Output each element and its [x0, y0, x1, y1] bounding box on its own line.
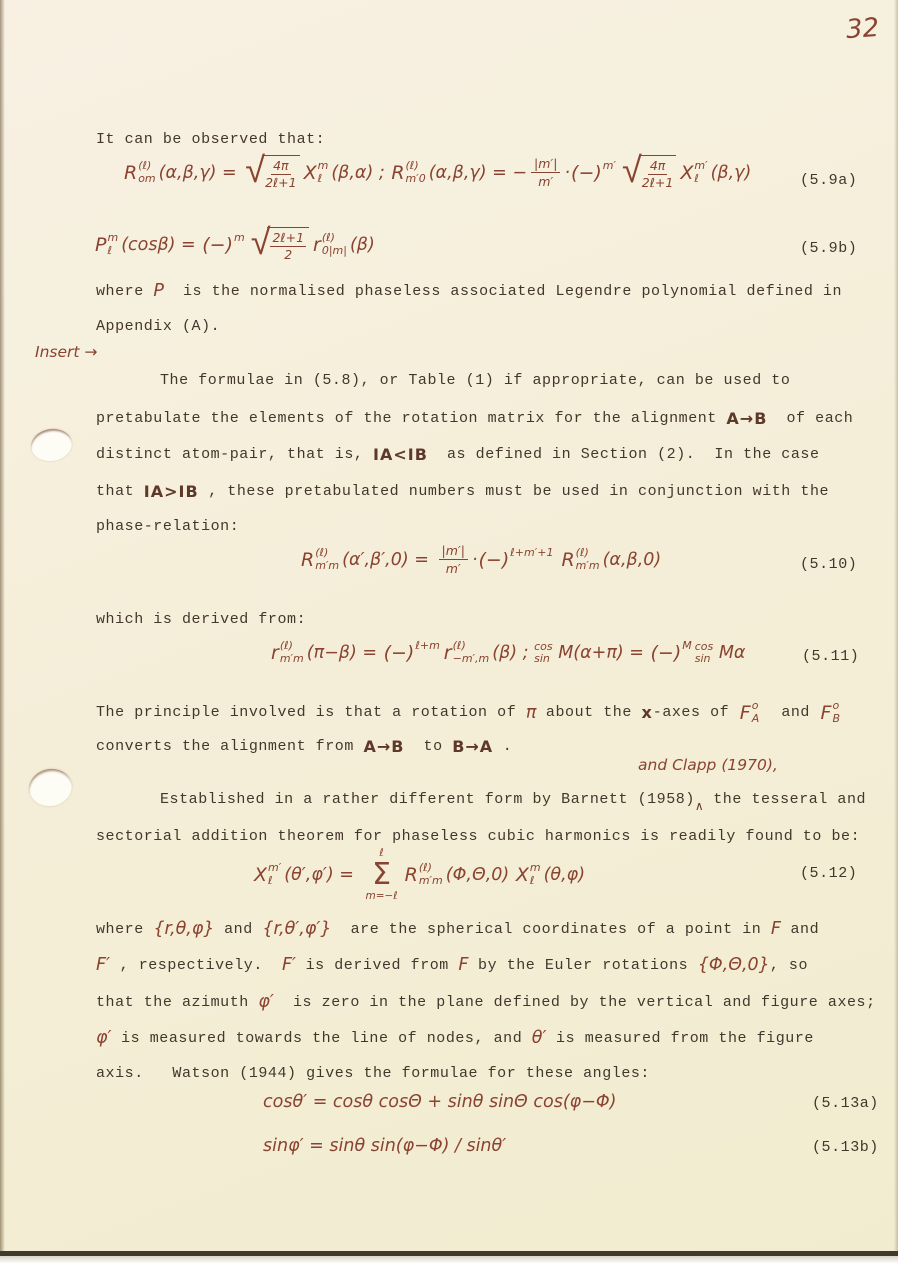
equation-5-9a: R(ℓ)om(α,β,γ) = √4π2ℓ+1Xmℓ(β,α) ; R(ℓ)m′…	[123, 155, 751, 190]
handwritten-text: (α,β,0)	[603, 550, 662, 570]
scripts: (ℓ)om	[138, 160, 155, 185]
symbol-base: r	[444, 642, 452, 664]
symbol-base: X	[304, 162, 317, 184]
symbol-with-scripts: R(ℓ)m′m	[405, 862, 445, 887]
typed-text: that the azimuth	[96, 994, 258, 1011]
denominator: 2ℓ+1	[642, 175, 674, 190]
symbol-with-scripts: Xm′ℓ	[254, 862, 283, 887]
symbol-base: X	[680, 162, 693, 184]
symbol-base: r	[313, 234, 321, 256]
text-line: distinct atom-pair, that is, IA<IB as de…	[96, 445, 820, 464]
handwritten-text: φ′	[96, 1028, 112, 1048]
scanner-background	[0, 1256, 898, 1269]
equation-label-5-9a: (5.9a)	[800, 172, 857, 189]
scripts: (ℓ)m′m	[280, 640, 304, 665]
symbol-with-scripts: r(ℓ)−m′,m	[444, 640, 491, 665]
symbol-with-scripts: (−)m′	[571, 160, 618, 185]
superscript: (ℓ)	[453, 640, 466, 653]
symbol-base: X	[516, 864, 529, 886]
insert-annotation: Insert →	[35, 343, 97, 361]
subscript: ℓ	[107, 245, 112, 258]
scripts: m′ℓ	[268, 862, 281, 887]
handwritten-text: M(α+π) =	[553, 643, 650, 663]
clapp-annotation: and Clapp (1970),	[638, 756, 778, 774]
text-line: phase-relation:	[96, 518, 239, 535]
typed-text: The principle involved is that a rotatio…	[96, 704, 526, 721]
subscript: ℓ	[530, 875, 535, 888]
scripts: mℓ	[530, 862, 541, 887]
symbol-with-scripts: Xm′ℓ	[680, 160, 709, 185]
superscript: (ℓ)	[576, 547, 589, 560]
symbol-base: P	[95, 234, 106, 256]
typed-text: axis. Watson (1944) gives the formulae f…	[96, 1065, 650, 1082]
subscript	[415, 653, 419, 666]
scripts: (ℓ)0|m|	[322, 232, 347, 257]
subscript: 0|m|	[322, 245, 347, 258]
typed-text: the tesseral and	[704, 791, 866, 808]
typed-text: It can be observed that:	[96, 131, 325, 148]
typed-text: are the spherical coordinates of a point…	[332, 921, 771, 938]
typed-text: pretabulate the elements of the rotation…	[96, 410, 726, 427]
superscript: M	[682, 640, 692, 653]
punch-hole-bottom	[26, 765, 76, 810]
text-line: Established in a rather different form b…	[160, 791, 866, 808]
superscript: (ℓ)	[315, 547, 328, 560]
denominator: 2	[284, 247, 292, 262]
radicand: 2ℓ+12	[267, 227, 309, 262]
superscript: (ℓ)	[280, 640, 293, 653]
typed-text: and	[215, 921, 263, 938]
superscript: (ℓ)	[419, 862, 432, 875]
handwritten-symbol: A→B	[726, 409, 767, 428]
symbol-base: R	[124, 162, 137, 184]
handwritten-text: (Φ,Θ,0)	[446, 865, 515, 885]
handwritten-text: and Clapp (1970),	[638, 756, 778, 774]
superscript: m′	[694, 160, 707, 173]
typed-text: phase-relation:	[96, 518, 239, 535]
sin-option: sin	[534, 653, 553, 665]
handwritten-text: φ′	[258, 992, 274, 1012]
handwritten-text: P	[153, 281, 164, 301]
scripts: ℓ+m′+1	[510, 547, 553, 572]
summation: ℓΣm=−ℓ	[365, 848, 397, 901]
subscript	[234, 245, 238, 258]
handwritten-text: {r,θ,φ}	[153, 919, 214, 939]
equation-5-9b: Pmℓ(cosβ) = (−)m √2ℓ+12r(ℓ)0|m|(β)	[94, 227, 375, 262]
symbol-with-scripts: FoA	[740, 700, 761, 725]
scripts: m′ℓ	[694, 160, 707, 185]
page-right-edge	[894, 0, 898, 1257]
typed-text: .	[493, 738, 512, 755]
symbol-base: F	[821, 702, 832, 724]
equation-label-5-12: (5.12)	[800, 865, 857, 882]
handwritten-symbol: IA<IB	[373, 445, 428, 464]
subscript: −m′,m	[453, 653, 490, 666]
symbol-base: (−)	[650, 642, 681, 664]
subscript: m′m	[315, 560, 339, 573]
denominator: m′	[446, 560, 461, 576]
typed-text: is measured towards the line of nodes, a…	[112, 1030, 532, 1047]
scripts: (ℓ)m′m	[315, 547, 339, 572]
typed-text: is the normalised phaseless associated L…	[164, 283, 842, 300]
numerator: 4π	[648, 158, 667, 175]
equation-5-13b: sinφ′ = sinθ sin(φ−Φ) / sinθ′	[263, 1136, 506, 1156]
typed-text: distinct atom-pair, that is,	[96, 446, 373, 463]
handwritten-text: sinφ′ = sinθ sin(φ−Φ) / sinθ′	[263, 1136, 506, 1156]
handwritten-text: (α,β,γ) = −	[429, 163, 527, 183]
handwritten-text: (α′,β′,0) =	[342, 550, 434, 570]
typed-text: Established in a rather different form b…	[160, 791, 695, 808]
typed-text: is measured from the figure	[546, 1030, 813, 1047]
superscript: m	[234, 232, 245, 245]
equation-5-13a: cosθ′ = cosθ cosΘ + sinθ sinΘ cos(φ−Φ)	[263, 1092, 616, 1112]
scripts: oA	[752, 700, 760, 725]
numerator: |m′|	[531, 156, 560, 173]
fraction: |m′|m′	[439, 543, 468, 576]
subscript: om	[138, 173, 155, 186]
subscript: B	[832, 713, 840, 726]
radicand: 4π2ℓ+1	[639, 155, 677, 190]
symbol-base: (−)	[202, 234, 233, 256]
page-number: 32	[845, 13, 880, 45]
symbol-base: R	[301, 549, 314, 571]
superscript: m	[530, 862, 541, 875]
subscript: m′m	[280, 653, 304, 666]
handwritten-text: θ′	[532, 1028, 547, 1048]
handwritten-text: (θ′,φ′) =	[284, 865, 359, 885]
symbol-with-scripts: (−)M	[650, 640, 693, 665]
subscript	[682, 653, 686, 666]
equation-5-12: Xm′ℓ(θ′,φ′) = ℓΣm=−ℓR(ℓ)m′m(Φ,Θ,0) Xmℓ(θ…	[253, 848, 585, 901]
typed-text: which is derived from:	[96, 611, 306, 628]
text-line: φ′ is measured towards the line of nodes…	[96, 1028, 814, 1048]
scanned-document-page: 32 It can be observed that:R(ℓ)om(α,β,γ)…	[0, 0, 898, 1269]
intro-line: It can be observed that:	[96, 131, 325, 148]
scripts: mℓ	[318, 160, 329, 185]
typed-text: -axes of	[653, 704, 739, 721]
typed-text: converts the alignment from	[96, 738, 363, 755]
typed-text: is derived from	[296, 957, 458, 974]
typed-text: Appendix (A).	[96, 318, 220, 335]
handwritten-text: (β,γ)	[711, 163, 752, 183]
scripts: ℓ+m	[415, 640, 439, 665]
typed-text: that	[96, 483, 144, 500]
handwritten-text: (β,α) ;	[331, 163, 390, 183]
equation-5-11: r(ℓ)m′m(π−β) = (−)ℓ+m r(ℓ)−m′,m(β) ; cos…	[270, 640, 745, 665]
denominator: 2ℓ+1	[265, 175, 297, 190]
subscript	[603, 173, 607, 186]
handwritten-text: F	[771, 919, 781, 939]
denominator: m′	[538, 173, 553, 189]
typed-text: about the	[536, 704, 641, 721]
symbol-base: (−)	[384, 642, 415, 664]
handwritten-text: (π−β) =	[307, 643, 383, 663]
sigma-icon: Σ	[372, 860, 391, 890]
scripts: m′	[603, 160, 616, 185]
numerator: 2ℓ+1	[270, 230, 306, 247]
scripts: (ℓ)−m′,m	[453, 640, 490, 665]
scripts: (ℓ)m′0	[406, 160, 426, 185]
superscript: m′	[603, 160, 616, 173]
superscript: (ℓ)	[138, 160, 151, 173]
typed-text: and	[781, 921, 819, 938]
cos-option: cos	[695, 641, 714, 653]
square-root-fraction: √2ℓ+12	[251, 227, 309, 262]
text-line: The formulae in (5.8), or Table (1) if a…	[160, 372, 790, 389]
typed-text: as defined in Section (2). In the case	[428, 446, 820, 463]
stacked-trig: cossin	[695, 641, 714, 665]
punch-hole-top	[29, 426, 75, 465]
cos-option: cos	[534, 641, 553, 653]
superscript: ℓ+m′+1	[510, 547, 553, 560]
symbol-with-scripts: R(ℓ)m′0	[391, 160, 427, 185]
caret-insertion-mark: ∧	[695, 799, 704, 813]
symbol-base: R	[561, 549, 574, 571]
handwritten-text: (θ,φ)	[544, 865, 585, 885]
subscript: ℓ	[268, 875, 273, 888]
handwritten-symbol: IA>IB	[144, 482, 199, 501]
symbol-with-scripts: Pmℓ	[95, 232, 120, 257]
scripts: M	[682, 640, 692, 665]
handwritten-text: F′	[282, 955, 296, 975]
symbol-with-scripts: (−)ℓ+m′+1	[479, 547, 556, 572]
text-line: which is derived from:	[96, 611, 306, 628]
symbol-with-scripts: Xmℓ	[304, 160, 331, 185]
square-root-fraction: √4π2ℓ+1	[245, 155, 299, 190]
superscript: m′	[268, 862, 281, 875]
symbol-with-scripts: (−)m	[202, 232, 246, 257]
handwritten-symbol: A→B	[363, 737, 404, 756]
scripts: (ℓ)m′m	[576, 547, 600, 572]
typed-text: where	[96, 921, 153, 938]
scripts: mℓ	[107, 232, 118, 257]
scripts: m	[234, 232, 245, 257]
handwritten-text: π	[526, 703, 537, 723]
equation-label-5-11: (5.11)	[802, 648, 859, 665]
symbol-base: R	[405, 864, 418, 886]
subscript: m′0	[406, 173, 426, 186]
text-line: The principle involved is that a rotatio…	[96, 700, 843, 725]
text-line: where {r,θ,φ} and {r,θ′,φ′} are the sphe…	[96, 919, 819, 939]
text-line: F′ , respectively. F′ is derived from F …	[96, 955, 808, 975]
equation-label-5-13b: (5.13b)	[812, 1139, 879, 1156]
typed-text: to	[404, 738, 452, 755]
sin-option: sin	[695, 653, 714, 665]
handwritten-text: (β) ;	[492, 643, 534, 663]
equation-5-10: R(ℓ)m′m(α′,β′,0) = |m′|m′·(−)ℓ+m′+1 R(ℓ)…	[300, 543, 661, 576]
subscript: m′m	[419, 875, 443, 888]
subscript: A	[752, 713, 760, 726]
handwritten-text: ·	[472, 550, 478, 570]
symbol-with-scripts: r(ℓ)m′m	[271, 640, 306, 665]
subscript: ℓ	[694, 173, 699, 186]
handwritten-text: (cosβ) =	[121, 235, 201, 255]
handwritten-text: F′	[96, 955, 110, 975]
superscript: o	[752, 700, 759, 713]
typed-text: and	[762, 704, 819, 721]
symbol-with-scripts: FoB	[821, 700, 842, 725]
typed-text: where	[96, 283, 153, 300]
symbol-with-scripts: R(ℓ)m′m	[301, 547, 341, 572]
handwritten-symbol: x	[641, 703, 652, 722]
symbol-base: F	[740, 702, 751, 724]
superscript: ℓ+m	[415, 640, 439, 653]
stacked-trig: cossin	[534, 641, 553, 665]
symbol-base: X	[254, 864, 267, 886]
handwritten-text: F	[458, 955, 468, 975]
handwritten-text: (β)	[350, 235, 375, 255]
handwritten-text: Mα	[713, 643, 745, 663]
numerator: |m′|	[439, 543, 468, 560]
handwritten-text: (α,β,γ) =	[159, 163, 243, 183]
typed-text: by the Euler rotations	[468, 957, 697, 974]
superscript: (ℓ)	[406, 160, 419, 173]
text-line: converts the alignment from A→B to B→A .	[96, 737, 512, 756]
equation-label-5-13a: (5.13a)	[812, 1095, 879, 1112]
typed-text: of each	[767, 410, 853, 427]
superscript: m	[107, 232, 118, 245]
radicand: 4π2ℓ+1	[262, 155, 300, 190]
symbol-base: (−)	[479, 549, 510, 571]
scripts: (ℓ)m′m	[419, 862, 443, 887]
numerator: 4π	[271, 158, 290, 175]
symbol-with-scripts: r(ℓ)0|m|	[313, 232, 349, 257]
handwritten-symbol: B→A	[452, 737, 493, 756]
subscript	[510, 560, 514, 573]
typed-text: , respectively.	[110, 957, 282, 974]
equation-label-5-9b: (5.9b)	[800, 240, 857, 257]
scripts: oB	[832, 700, 840, 725]
symbol-with-scripts: Xmℓ	[516, 862, 543, 887]
text-line: that the azimuth φ′ is zero in the plane…	[96, 992, 876, 1012]
text-line: axis. Watson (1944) gives the formulae f…	[96, 1065, 650, 1082]
symbol-base: (−)	[571, 162, 602, 184]
typed-text: , these pretabulated numbers must be use…	[199, 483, 829, 500]
subscript: m′m	[576, 560, 600, 573]
superscript: m	[318, 160, 329, 173]
handwritten-text: {r,θ′,φ′}	[262, 919, 331, 939]
symbol-base: R	[391, 162, 404, 184]
text-line: that IA>IB , these pretabulated numbers …	[96, 482, 829, 501]
symbol-with-scripts: R(ℓ)om	[124, 160, 158, 185]
symbol-with-scripts: (−)ℓ+m	[384, 640, 442, 665]
handwritten-text: {Φ,Θ,0}	[698, 955, 770, 975]
text-line: Appendix (A).	[96, 318, 220, 335]
symbol-base: r	[271, 642, 279, 664]
fraction: |m′|m′	[531, 156, 560, 189]
handwritten-text: ·	[564, 163, 570, 183]
text-line: where P is the normalised phaseless asso…	[96, 281, 842, 301]
typed-text: sectorial addition theorem for phaseless…	[96, 828, 860, 845]
subscript: ℓ	[318, 173, 323, 186]
lower-limit: m=−ℓ	[365, 891, 397, 902]
handwritten-text: cosθ′ = cosθ cosΘ + sinθ sinΘ cos(φ−Φ)	[263, 1092, 616, 1112]
superscript: (ℓ)	[322, 232, 335, 245]
square-root-fraction: √4π2ℓ+1	[622, 155, 676, 190]
page-left-edge	[0, 0, 5, 1257]
typed-text: , so	[770, 957, 808, 974]
equation-label-5-10: (5.10)	[800, 556, 857, 573]
text-line: pretabulate the elements of the rotation…	[96, 409, 853, 428]
typed-text: The formulae in (5.8), or Table (1) if a…	[160, 372, 790, 389]
handwritten-text: Insert →	[35, 343, 97, 361]
superscript: o	[832, 700, 839, 713]
typed-text: is zero in the plane defined by the vert…	[274, 994, 876, 1011]
text-line: sectorial addition theorem for phaseless…	[96, 828, 860, 845]
symbol-with-scripts: R(ℓ)m′m	[561, 547, 601, 572]
